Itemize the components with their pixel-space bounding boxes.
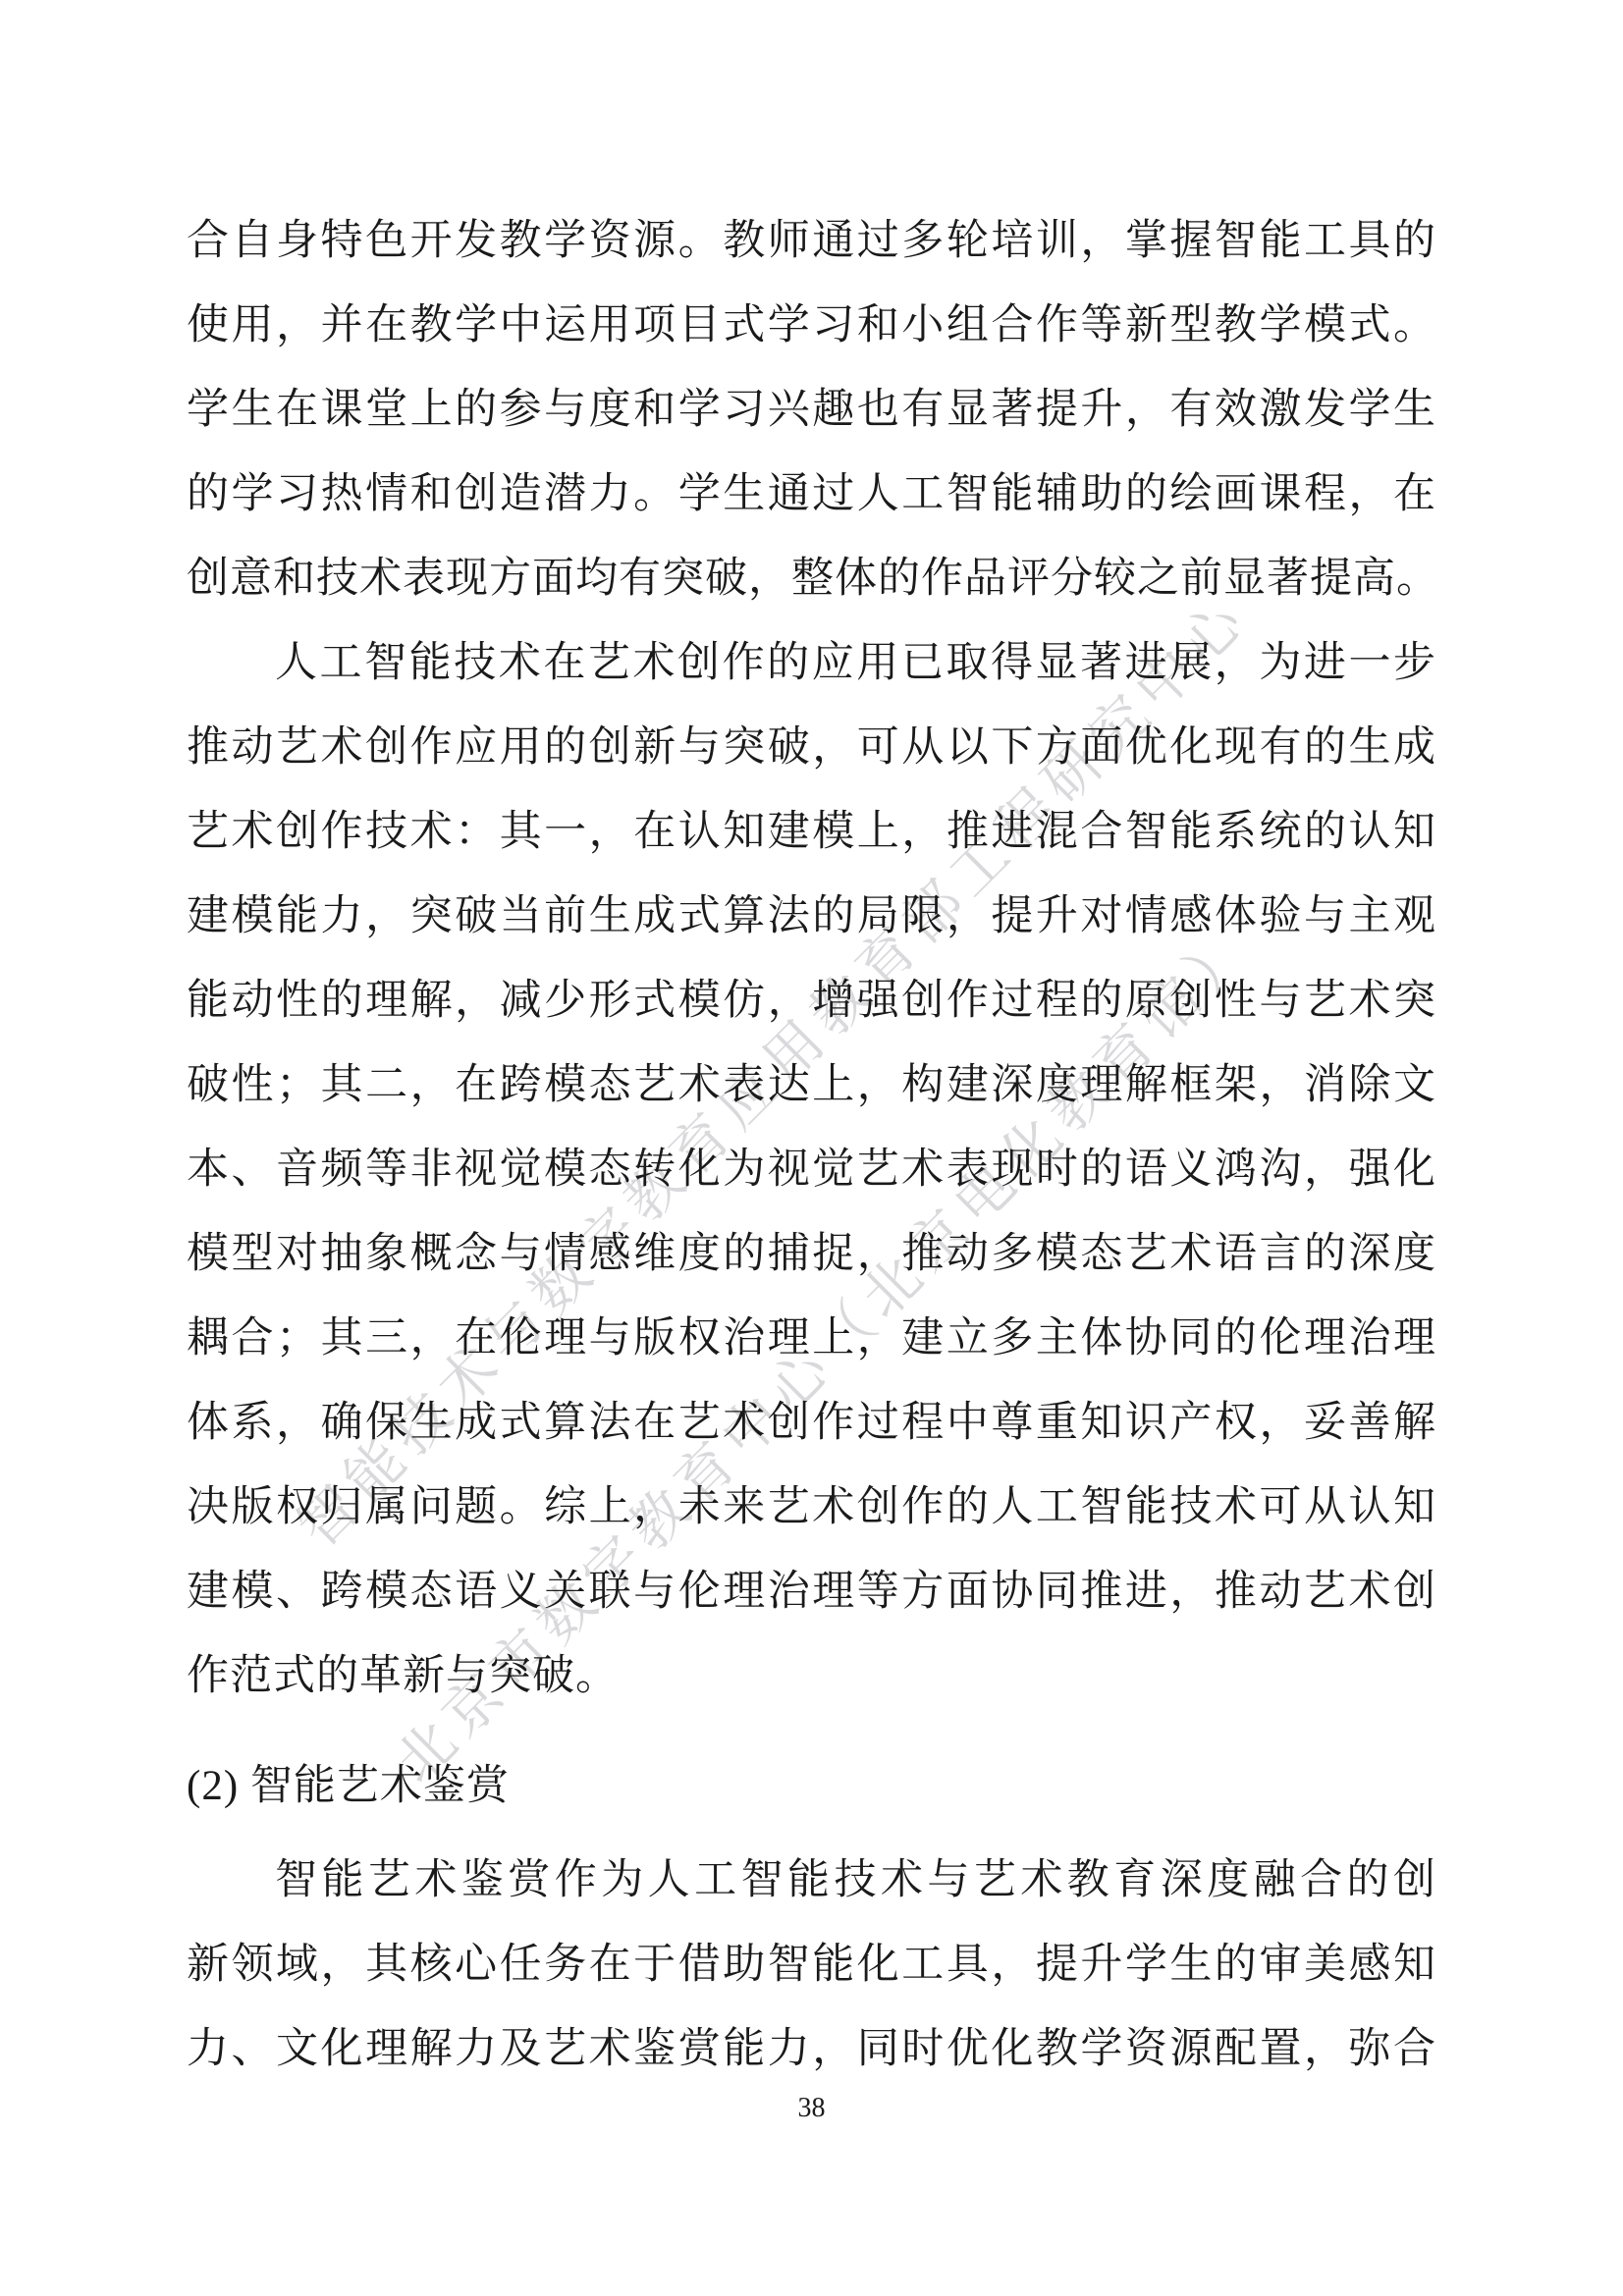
text-line: 力、文化理解力及艺术鉴赏能力，同时优化教学资源配置，弥合 (187, 2007, 1436, 2092)
text-line: 作范式的革新与突破。 (187, 1634, 1436, 1719)
text-line: 本、音频等非视觉模态转化为视觉艺术表现时的语义鸿沟，强化 (187, 1128, 1436, 1212)
text-line: 决版权归属问题。综上，未来艺术创作的人工智能技术可从认知 (187, 1466, 1436, 1550)
paragraph-art-appreciation: 智能艺术鉴赏作为人工智能技术与艺术教育深度融合的创 新领域，其核心任务在于借助智… (187, 1839, 1436, 2092)
text-line: 合自身特色开发教学资源。教师通过多轮培训，掌握智能工具的 (187, 199, 1436, 284)
text-line: 破性；其二，在跨模态艺术表达上，构建深度理解框架，消除文 (187, 1043, 1436, 1128)
text-line: 创意和技术表现方面均有突破，整体的作品评分较之前显著提高。 (187, 537, 1436, 621)
text-line: 模型对抽象概念与情感维度的捕捉，推动多模态艺术语言的深度 (187, 1212, 1436, 1297)
text-line: 使用，并在教学中运用项目式学习和小组合作等新型教学模式。 (187, 284, 1436, 368)
section-heading: (2) 智能艺术鉴赏 (187, 1744, 1436, 1829)
text-line: 推动艺术创作应用的创新与突破，可从以下方面优化现有的生成 (187, 706, 1436, 790)
text-body: 合自身特色开发教学资源。教师通过多轮培训，掌握智能工具的 使用，并在教学中运用项… (187, 199, 1436, 2092)
text-line: 人工智能技术在艺术创作的应用已取得显著进展，为进一步 (187, 621, 1436, 706)
text-line: 能动性的理解，减少形式模仿，增强创作过程的原创性与艺术突 (187, 959, 1436, 1043)
document-page: 智能技术与数字教育应用教育部工程研究中心 北京市数字教育中心（北京电化教育馆） … (0, 0, 1623, 2296)
paragraph-art-creation: 人工智能技术在艺术创作的应用已取得显著进展，为进一步 推动艺术创作应用的创新与突… (187, 621, 1436, 1719)
text-line: 建模能力，突破当前生成式算法的局限，提升对情感体验与主观 (187, 875, 1436, 959)
text-line: 体系，确保生成式算法在艺术创作过程中尊重知识产权，妥善解 (187, 1381, 1436, 1466)
text-line: 的学习热情和创造潜力。学生通过人工智能辅助的绘画课程，在 (187, 453, 1436, 537)
text-line: 智能艺术鉴赏作为人工智能技术与艺术教育深度融合的创 (187, 1839, 1436, 1923)
text-line: 新领域，其核心任务在于借助智能化工具，提升学生的审美感知 (187, 1923, 1436, 2007)
text-line: 学生在课堂上的参与度和学习兴趣也有显著提升，有效激发学生 (187, 368, 1436, 453)
text-line: 建模、跨模态语义关联与伦理治理等方面协同推进，推动艺术创 (187, 1550, 1436, 1634)
page-number: 38 (0, 2087, 1623, 2130)
text-line: 艺术创作技术：其一，在认知建模上，推进混合智能系统的认知 (187, 790, 1436, 875)
paragraph-continuation: 合自身特色开发教学资源。教师通过多轮培训，掌握智能工具的 使用，并在教学中运用项… (187, 199, 1436, 621)
text-line: 耦合；其三，在伦理与版权治理上，建立多主体协同的伦理治理 (187, 1297, 1436, 1381)
